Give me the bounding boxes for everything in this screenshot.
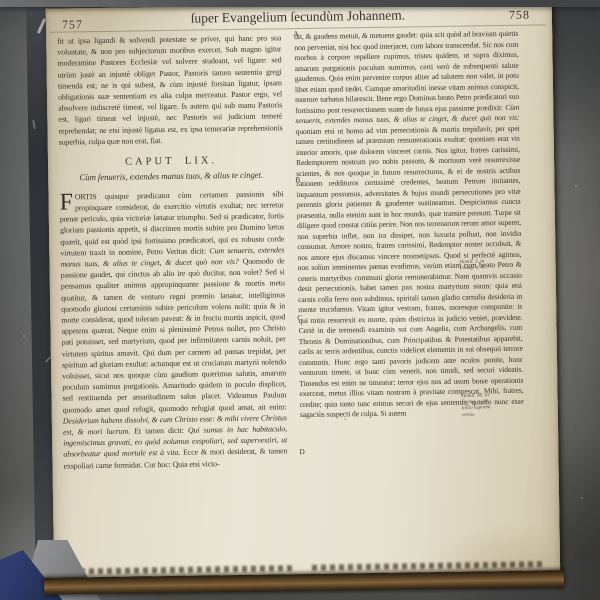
text-paragraph: fit ut ipsa ligandi & solvendi potestate… — [57, 32, 283, 147]
gutter-letter-b: B — [295, 175, 300, 184]
text-paragraph: FORTIS quisque prædicator cùm certamen p… — [59, 188, 287, 471]
text-columns: fit ut ipsa ligandi & solvendi potestate… — [57, 29, 526, 579]
page-number-right: 758 — [509, 8, 530, 23]
gutter-letter-a: A — [293, 29, 299, 38]
margin-note: Homil. 3. inEvang. n. 4. — [459, 257, 521, 271]
margin-note: Homil. 40. inEvang. n. 10.initio supremi… — [461, 391, 524, 418]
left-column: fit ut ipsa ligandi & solvendi potestate… — [57, 32, 289, 578]
gutter-letter-c: C — [297, 313, 302, 322]
right-column: dit, & gaudens metuit, & metuens gaudet:… — [294, 29, 526, 575]
drop-cap: F — [59, 191, 75, 212]
frame-top-edge — [0, 0, 600, 7]
photo-of-framed-book-page: 757 ſuper Evangelium ſecundùm Johannem. … — [0, 0, 600, 600]
book-page: 757 ſuper Evangelium ſecundùm Johannem. … — [46, 1, 560, 584]
gutter-letter-d: D — [299, 447, 305, 456]
text-paragraph: dit, & gaudens metuit, & metuens gaudet:… — [294, 29, 524, 421]
chapter-heading: CAPUT LIX. — [59, 154, 283, 169]
chapter-subtitle: Cùm ſenueris, extendes manus tuas, & ali… — [63, 170, 279, 185]
